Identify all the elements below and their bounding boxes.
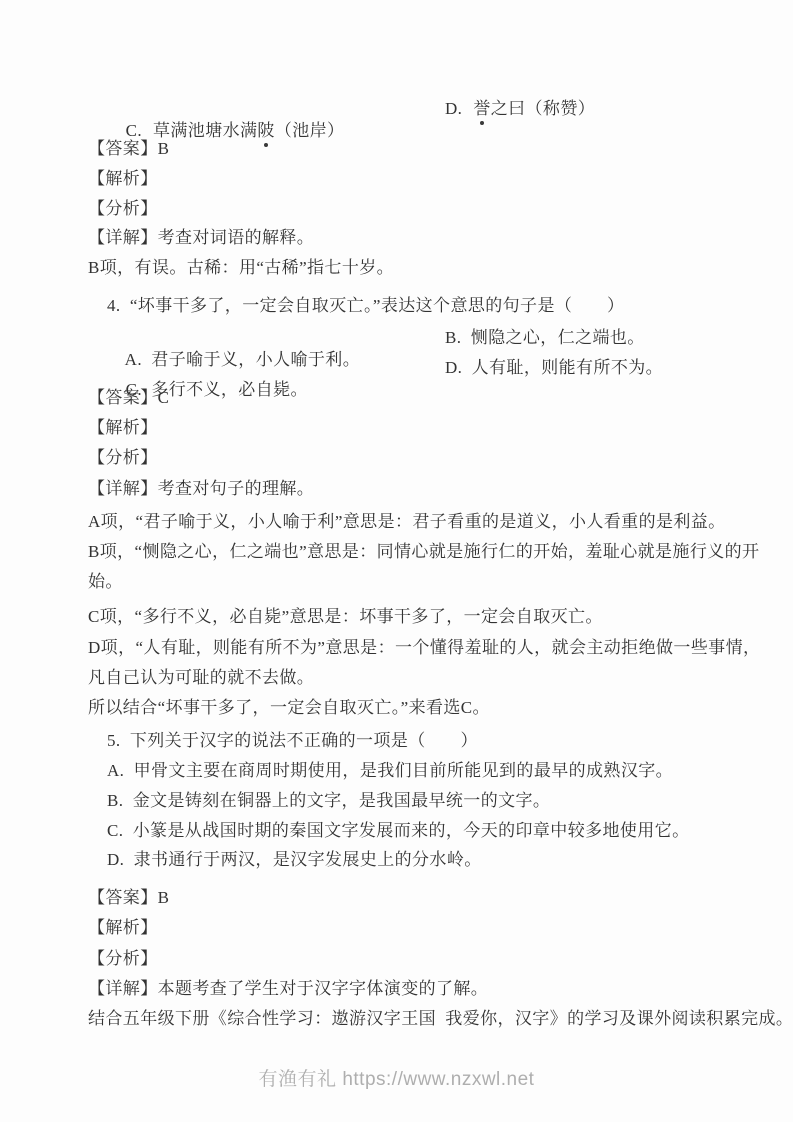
xiangjie-tag: 【详解】 <box>88 979 158 998</box>
q3-option-d-label: D. <box>445 98 462 120</box>
q3-note-b: B项，有误。古稀：用“古稀”指七十岁。 <box>88 257 394 279</box>
q3-fenxi-line: 【分析】 <box>88 198 158 220</box>
q5-xiangjie-text: 本题考查了学生对于汉字字体演变的了解。 <box>158 979 489 998</box>
q4-conclusion: 所以结合“坏事干多了，一定会自取灭亡。”来看选C。 <box>88 697 490 719</box>
q4-explain-d-line1: D项，“人有耻，则能有所不为”意思是：一个懂得羞耻的人，就会主动拒绝做一些事情， <box>88 637 760 659</box>
q4-answer-value: C <box>158 388 170 407</box>
q4-explain-c: C项，“多行不义，必自毙”意思是：坏事干多了，一定会自取灭亡。 <box>88 606 603 628</box>
q3-xiangjie-text: 考查对词语的解释。 <box>158 228 315 247</box>
q4-xiangjie-line: 【详解】考查对句子的理解。 <box>88 478 314 500</box>
document-page: C.草满池塘水满陂（池岸） D.誉之曰（称赞） 【答案】B 【解析】 【分析】 … <box>0 0 793 1122</box>
q4-option-d: D. 人有耻，则能有所不为。 <box>445 357 663 379</box>
q5-xiangjie-line: 【详解】本题考查了学生对于汉字字体演变的了解。 <box>88 978 488 1000</box>
q3-answer-value: B <box>158 139 170 158</box>
q3-option-c-emphasis-char: 陂 <box>257 120 274 142</box>
q3-answer-line: 【答案】B <box>88 138 169 160</box>
q5-option-b: B. 金文是铸刻在铜器上的文字，是我国最早统一的文字。 <box>107 790 550 812</box>
q5-option-a: A. 甲骨文主要在商周时期使用，是我们目前所能见到的最早的成熟汉字。 <box>107 760 673 782</box>
fenxi-tag: 【分析】 <box>88 949 158 968</box>
q5-answer-value: B <box>158 888 170 907</box>
xiangjie-tag: 【详解】 <box>88 479 158 498</box>
q4-explain-a: A项，“君子喻于义，小人喻于利”意思是：君子看重的是道义，小人看重的是利益。 <box>88 511 726 533</box>
fenxi-tag: 【分析】 <box>88 199 158 218</box>
q4-option-b: B. 恻隐之心，仁之端也。 <box>445 327 645 349</box>
q4-explain-b-line1: B项，“恻隐之心，仁之端也”意思是：同情心就是施行仁的开始，羞耻心就是施行义的开 <box>88 541 759 563</box>
q3-option-d: D.誉之曰（称赞） <box>445 98 595 120</box>
q5-option-c: C. 小篆是从战国时期的秦国文字发展而来的，今天的印章中较多地使用它。 <box>107 820 690 842</box>
q4-fenxi-line: 【分析】 <box>88 447 158 469</box>
q3-option-d-emphasis-char: 誉 <box>473 98 490 120</box>
q4-stem: 4. “坏事干多了，一定会自取灭亡。”表达这个意思的句子是（ ） <box>107 295 624 317</box>
q5-fenxi-line: 【分析】 <box>88 948 158 970</box>
q3-option-c-post: （池岸） <box>275 121 345 140</box>
q4-answer-line: 【答案】C <box>88 387 169 409</box>
jiexi-tag: 【解析】 <box>88 418 158 437</box>
q3-xiangjie-line: 【详解】考查对词语的解释。 <box>88 227 314 249</box>
q5-stem: 5. 下列关于汉字的说法不正确的一项是（ ） <box>107 730 478 752</box>
q4-explain-d-line2: 凡自己认为可耻的就不去做。 <box>88 667 314 689</box>
answer-tag: 【答案】 <box>88 139 158 158</box>
q4-explain-b-line2: 始。 <box>88 571 123 593</box>
footer-watermark: 有渔有礼 https://www.nzxwl.net <box>0 1064 793 1091</box>
q5-option-d: D. 隶书通行于两汉，是汉字发展史上的分水岭。 <box>107 849 482 871</box>
q4-xiangjie-text: 考查对句子的理解。 <box>158 479 315 498</box>
answer-tag: 【答案】 <box>88 388 158 407</box>
q3-option-d-post: 之曰（称赞） <box>491 99 595 118</box>
q5-answer-line: 【答案】B <box>88 887 169 909</box>
q4-jiexi-line: 【解析】 <box>88 417 158 439</box>
jiexi-tag: 【解析】 <box>88 918 158 937</box>
q5-note: 结合五年级下册《综合性学习：遨游汉字王国 我爱你，汉字》的学习及课外阅读积累完成… <box>88 1008 793 1030</box>
jiexi-tag: 【解析】 <box>88 169 158 188</box>
answer-tag: 【答案】 <box>88 888 158 907</box>
q3-jiexi-line: 【解析】 <box>88 168 158 190</box>
fenxi-tag: 【分析】 <box>88 448 158 467</box>
xiangjie-tag: 【详解】 <box>88 228 158 247</box>
q5-jiexi-line: 【解析】 <box>88 917 158 939</box>
